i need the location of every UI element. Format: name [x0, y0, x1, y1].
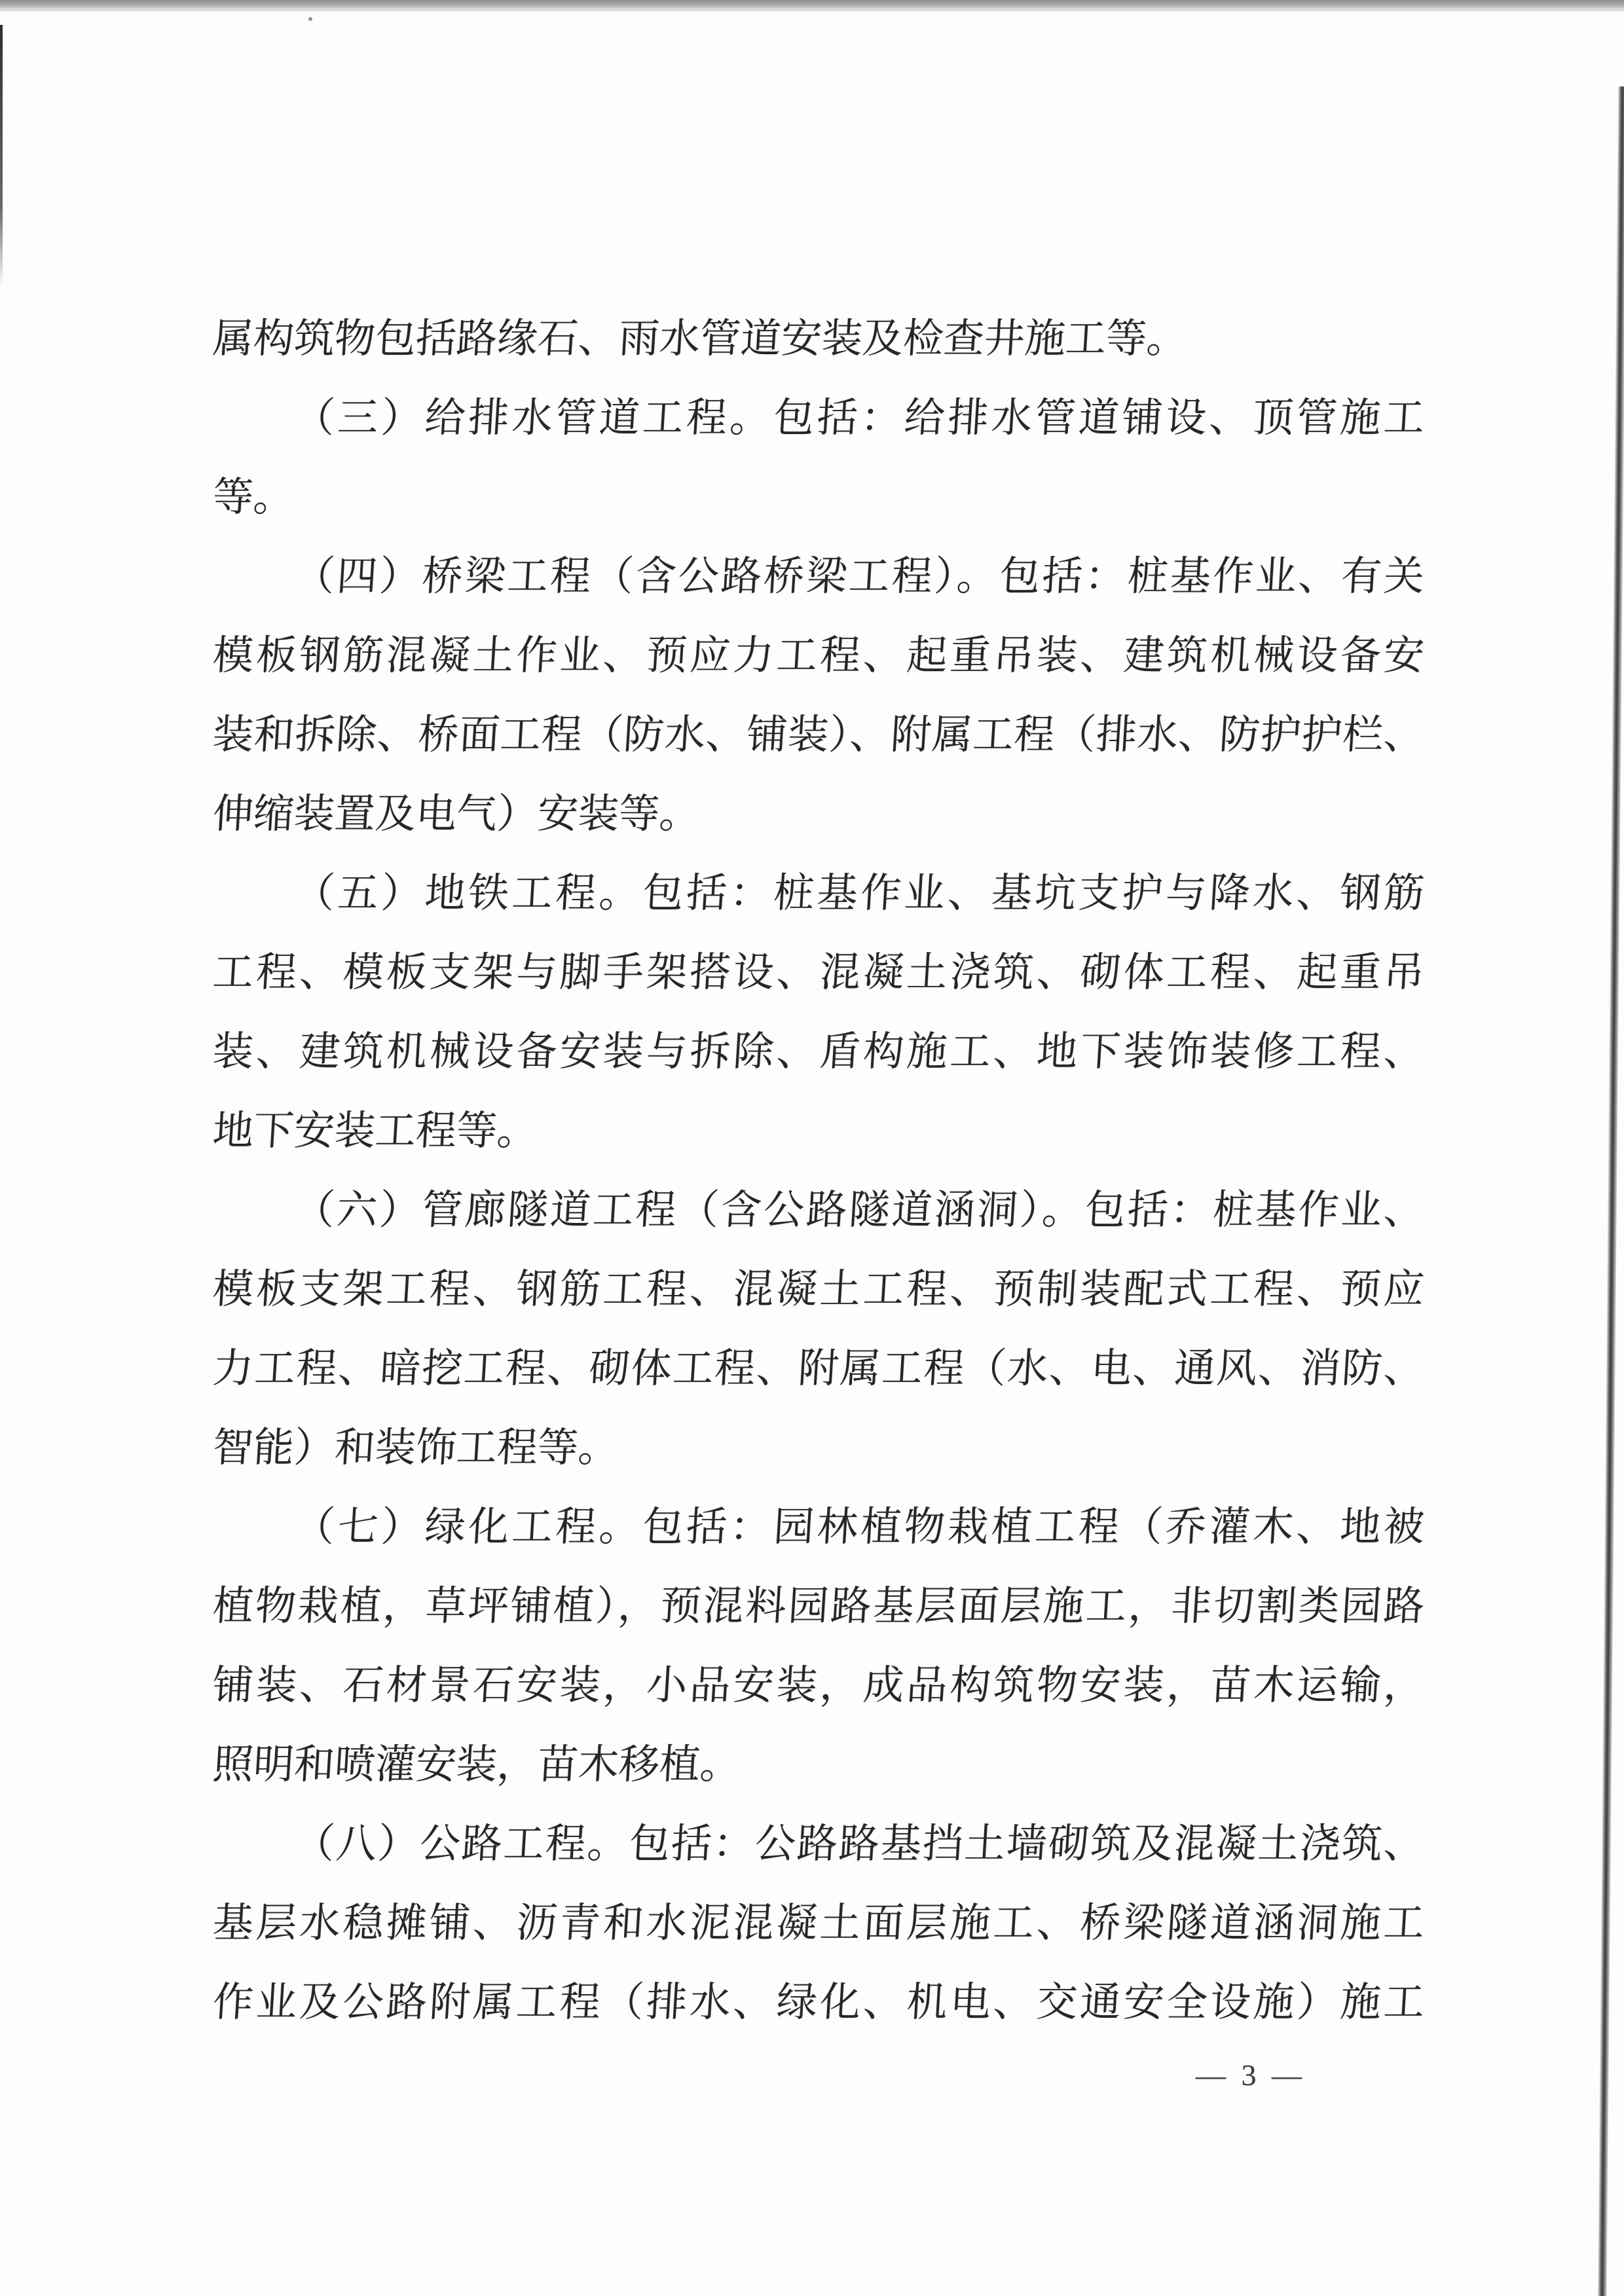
text-line: 模板钢筋混凝土作业、预应力工程、起重吊装、建筑机械设备安	[210, 617, 1426, 696]
text-line: 伸缩装置及电气）安装等。	[210, 775, 1426, 854]
page-number: — 3 —	[1196, 2056, 1366, 2095]
text-line: 基层水稳摊铺、沥青和水泥混凝土面层施工、桥梁隧道涵洞施工	[210, 1884, 1426, 1963]
text-line: （三）给排水管道工程。包括：给排水管道铺设、顶管施工	[210, 379, 1426, 458]
text-line: （五）地铁工程。包括：桩基作业、基坑支护与降水、钢筋	[210, 854, 1426, 934]
text-line: 装、建筑机械设备安装与拆除、盾构施工、地下装饰装修工程、	[210, 1013, 1426, 1092]
text-line: 模板支架工程、钢筋工程、混凝土工程、预制装配式工程、预应	[210, 1250, 1426, 1330]
text-line: 工程、模板支架与脚手架搭设、混凝土浇筑、砌体工程、起重吊	[210, 934, 1426, 1013]
text-line: （七）绿化工程。包括：园林植物栽植工程（乔灌木、地被	[210, 1488, 1426, 1567]
text-line: 植物栽植，草坪铺植），预混料园路基层面层施工，非切割类园路	[210, 1567, 1426, 1647]
scanned-document-page: 属构筑物包括路缘石、雨水管道安装及检查井施工等。（三）给排水管道工程。包括：给排…	[0, 0, 1624, 2296]
text-line: 铺装、石材景石安装，小品安装，成品构筑物安装，苗木运输，	[210, 1647, 1426, 1726]
text-line: （四）桥梁工程（含公路桥梁工程）。包括：桩基作业、有关	[210, 538, 1426, 617]
text-line: 作业及公路附属工程（排水、绿化、机电、交通安全设施）施工	[210, 1963, 1426, 2043]
text-line: 力工程、暗挖工程、砌体工程、附属工程（水、电、通风、消防、	[210, 1330, 1426, 1409]
scan-right-edge-artifact	[1597, 86, 1624, 2296]
text-line: 地下安装工程等。	[210, 1092, 1426, 1171]
scan-top-edge-artifact	[0, 0, 1624, 9]
text-line: （六）管廊隧道工程（含公路隧道涵洞）。包括：桩基作业、	[210, 1171, 1426, 1250]
text-line: 照明和喷灌安装，苗木移植。	[210, 1726, 1426, 1805]
text-line: （八）公路工程。包括：公路路基挡土墙砌筑及混凝土浇筑、	[210, 1805, 1426, 1884]
text-line: 属构筑物包括路缘石、雨水管道安装及检查井施工等。	[210, 300, 1426, 379]
scan-left-edge-artifact	[0, 25, 3, 287]
text-line: 等。	[210, 458, 1426, 538]
text-line: 智能）和装饰工程等。	[210, 1409, 1426, 1488]
scan-speck-artifact	[308, 17, 312, 21]
document-body: 属构筑物包括路缘石、雨水管道安装及检查井施工等。（三）给排水管道工程。包括：给排…	[213, 300, 1424, 2043]
text-line: 装和拆除、桥面工程（防水、铺装）、附属工程（排水、防护护栏、	[210, 696, 1426, 775]
